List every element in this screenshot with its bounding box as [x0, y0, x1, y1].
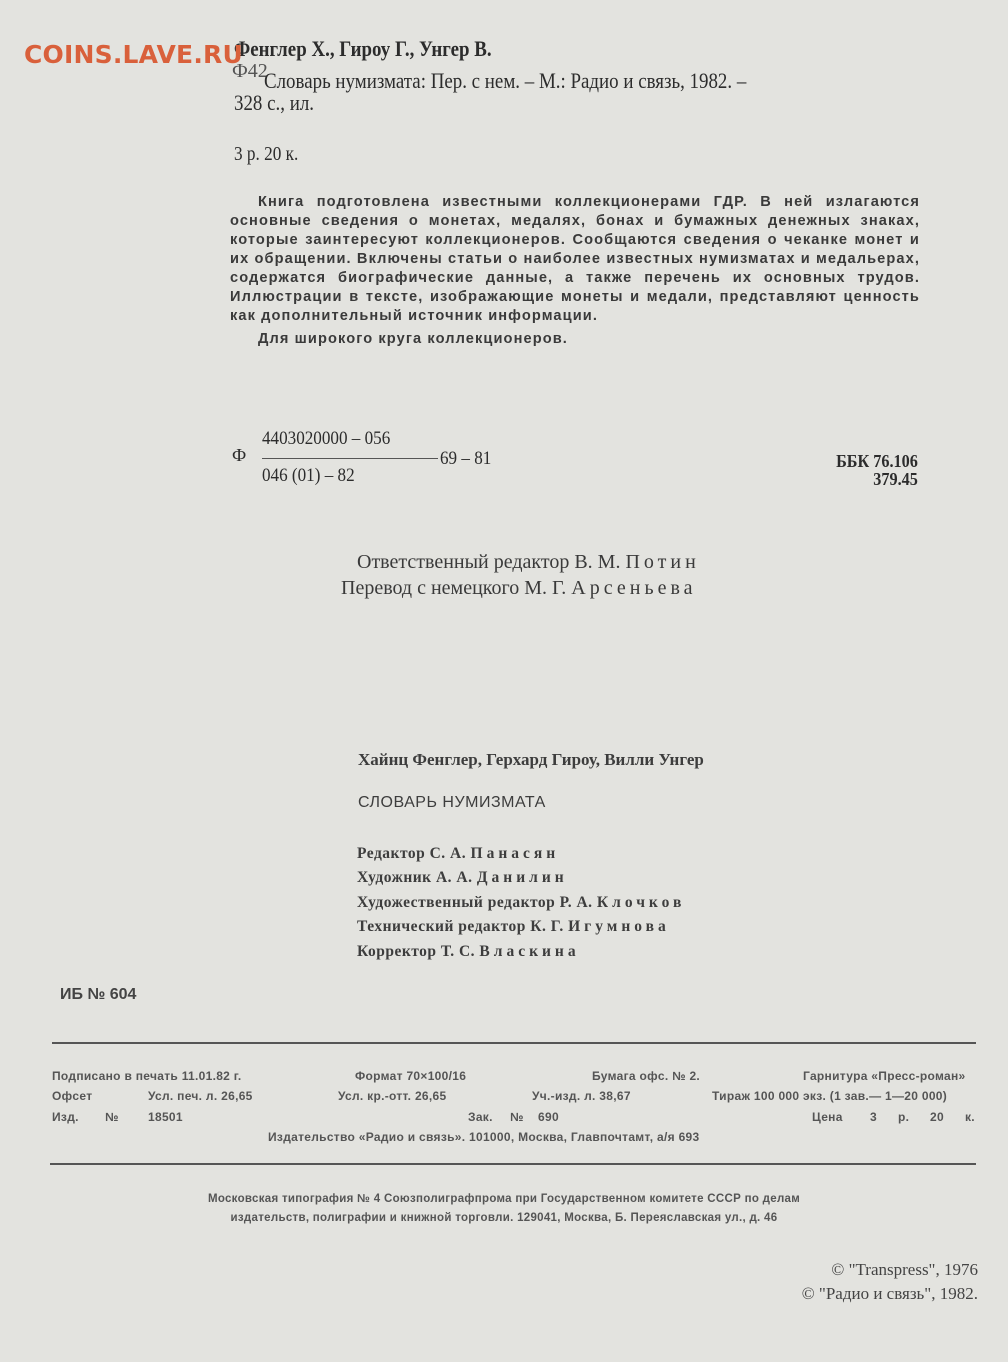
imprint-order-label: Зак.: [468, 1110, 493, 1124]
classification-suffix: 69 – 81: [440, 448, 491, 470]
imprint-paper: Бумага офс. № 2.: [592, 1069, 700, 1083]
classification-numerator: 4403020000 – 056: [262, 428, 390, 450]
imprint-izd-label: Изд.: [52, 1110, 79, 1124]
divider-top: [52, 1042, 976, 1044]
imprint-edit-sheets: Уч.-изд. л. 38,67: [532, 1089, 631, 1103]
imprint-price-kop: 20: [930, 1110, 944, 1124]
staff-item: Технический редактор К. Г. Игумнова: [357, 915, 685, 939]
imprint-izd-no: №: [105, 1110, 119, 1124]
bbk-block: ББК 76.106 379.45: [836, 452, 918, 488]
imprint-offset: Офсет: [52, 1089, 92, 1103]
catalog-authors: Фенглер Х., Гироу Г., Унгер В.: [234, 36, 492, 62]
book-title: СЛОВАРЬ НУМИЗМАТА: [358, 794, 546, 812]
translator: Перевод с немецкого М. Г. Арсеньева: [341, 575, 700, 601]
catalog-title-line: Словарь нумизмата: Пер. с нем. – М.: Рад…: [264, 68, 746, 94]
annotation: Книга подготовлена известными коллекцион…: [230, 193, 920, 349]
imprint-format: Формат 70×100/16: [355, 1069, 466, 1083]
copyright-block: © "Transpress", 1976 © "Радио и связь", …: [802, 1258, 978, 1306]
imprint-price-rub: 3: [870, 1110, 877, 1124]
annotation-paragraph: Книга подготовлена известными коллекцион…: [230, 193, 920, 326]
imprint-print-sheets: Усл. печ. л. 26,65: [148, 1089, 253, 1103]
imprint-publisher: Издательство «Радио и связь». 101000, Мо…: [268, 1130, 700, 1144]
copyright-radio: © "Радио и связь", 1982.: [802, 1282, 978, 1306]
responsible-block: Ответственный редактор В. М. Потин Перев…: [357, 549, 700, 601]
imprint-color-prints: Усл. кр.-отт. 26,65: [338, 1089, 446, 1103]
imprint-order-no: №: [510, 1110, 524, 1124]
staff-item: Корректор Т. С. Власкина: [357, 940, 685, 964]
translator-name: Арсеньева: [571, 577, 696, 599]
ib-number: ИБ № 604: [60, 986, 136, 1004]
classification-block: Ф 4403020000 – 056 046 (01) – 82 69 – 81…: [232, 428, 922, 498]
divider-bottom: [50, 1163, 976, 1165]
imprint-signed: Подписано в печать 11.01.82 г.: [52, 1069, 242, 1083]
printer-line-2: издательств, полиграфии и книжной торгов…: [0, 1209, 1008, 1228]
imprint-price-kop-unit: к.: [965, 1110, 975, 1124]
imprint-price-rub-unit: р.: [898, 1110, 909, 1124]
copyright-transpress: © "Transpress", 1976: [802, 1258, 978, 1282]
printer-info: Московская типография № 4 Союзполиграфпр…: [0, 1190, 1008, 1228]
catalog-pages-line: 328 с., ил.: [234, 90, 314, 116]
editor-name: Потин: [625, 551, 699, 573]
responsible-editor: Ответственный редактор В. М. Потин: [357, 549, 700, 575]
bbk-label: ББК 76.106: [836, 452, 918, 470]
imprint-typeface: Гарнитура «Пресс-роман»: [803, 1069, 966, 1083]
classification-symbol: Ф: [232, 445, 246, 466]
imprint-order-number: 690: [538, 1110, 559, 1124]
printer-line-1: Московская типография № 4 Союзполиграфпр…: [0, 1190, 1008, 1209]
imprint-izd-number: 18501: [148, 1110, 183, 1124]
annotation-audience: Для широкого круга коллекционеров.: [230, 330, 920, 349]
classification-denominator: 046 (01) – 82: [262, 465, 355, 487]
imprint-run: Тираж 100 000 экз. (1 зав.— 1—20 000): [712, 1089, 947, 1103]
credits-authors: Хайнц Фенглер, Герхард Гироу, Вилли Унге…: [358, 750, 704, 770]
bbk-code: 379.45: [836, 470, 918, 488]
imprint-price-label: Цена: [812, 1110, 843, 1124]
staff-list: Редактор С. А. Панасян Художник А. А. Да…: [357, 842, 685, 964]
catalog-price: 3 р. 20 к.: [234, 143, 298, 166]
staff-item: Художественный редактор Р. А. Клочков: [357, 891, 685, 915]
fraction-line: [262, 458, 438, 459]
staff-item: Редактор С. А. Панасян: [357, 842, 685, 866]
staff-item: Художник А. А. Данилин: [357, 866, 685, 890]
watermark: COINS.LAVE.RU: [24, 40, 243, 69]
